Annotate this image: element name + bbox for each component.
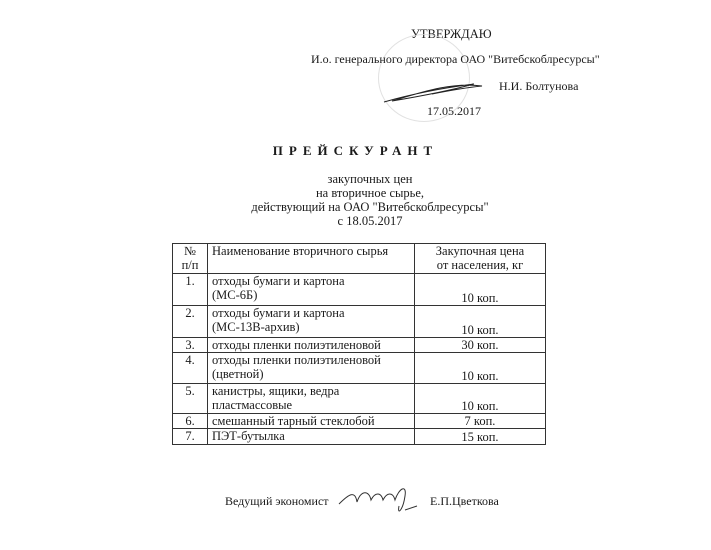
row-price: 7 коп. bbox=[415, 414, 546, 429]
material-name-line: (МС-13В-архив) bbox=[212, 320, 410, 334]
footer-name: Е.П.Цветкова bbox=[430, 494, 499, 509]
row-price: 30 коп. bbox=[415, 338, 546, 353]
row-price: 10 коп. bbox=[415, 306, 546, 338]
row-number: 1. bbox=[173, 274, 208, 306]
row-price: 10 коп. bbox=[415, 274, 546, 306]
row-number: 3. bbox=[173, 338, 208, 353]
subtitle-line: закупочных цен bbox=[0, 172, 711, 187]
row-material-name: смешанный тарный стеклобой bbox=[208, 414, 415, 429]
row-material-name: ПЭТ-бутылка bbox=[208, 429, 415, 445]
approval-date: 17.05.2017 bbox=[427, 104, 481, 119]
table-row: 5.канистры, ящики, ведрапластмассовые10 … bbox=[173, 384, 546, 414]
material-name-line: отходы пленки полиэтиленовой bbox=[212, 353, 410, 367]
row-material-name: отходы бумаги и картона(МС-6Б) bbox=[208, 274, 415, 306]
material-name-line: ПЭТ-бутылка bbox=[212, 429, 410, 443]
table-row: 7.ПЭТ-бутылка15 коп. bbox=[173, 429, 546, 445]
material-name-line: канистры, ящики, ведра bbox=[212, 384, 410, 398]
row-price: 10 коп. bbox=[415, 384, 546, 414]
row-price: 15 коп. bbox=[415, 429, 546, 445]
material-name-line: смешанный тарный стеклобой bbox=[212, 414, 410, 428]
row-material-name: отходы бумаги и картона(МС-13В-архив) bbox=[208, 306, 415, 338]
row-material-name: отходы пленки полиэтиленовой bbox=[208, 338, 415, 353]
header-price: Закупочная цена от населения, кг bbox=[415, 244, 546, 274]
row-number: 7. bbox=[173, 429, 208, 445]
material-name-line: отходы пленки полиэтиленовой bbox=[212, 338, 410, 352]
subtitle-line: действующий на ОАО "Витебскоблресурсы" bbox=[0, 200, 711, 215]
material-name-line: (цветной) bbox=[212, 367, 410, 381]
material-name-line: отходы бумаги и картона bbox=[212, 274, 410, 288]
material-name-line: (МС-6Б) bbox=[212, 288, 410, 302]
row-number: 2. bbox=[173, 306, 208, 338]
row-material-name: канистры, ящики, ведрапластмассовые bbox=[208, 384, 415, 414]
header-number-line: п/п bbox=[177, 258, 203, 272]
approver-position: И.о. генерального директора ОАО "Витебск… bbox=[311, 52, 600, 67]
subtitle-line: на вторичное сырье, bbox=[0, 186, 711, 201]
header-number-line: № bbox=[177, 244, 203, 258]
table-row: 1.отходы бумаги и картона(МС-6Б)10 коп. bbox=[173, 274, 546, 306]
table-row: 6.смешанный тарный стеклобой7 коп. bbox=[173, 414, 546, 429]
table-row: 4.отходы пленки полиэтиленовой(цветной)1… bbox=[173, 353, 546, 384]
row-number: 5. bbox=[173, 384, 208, 414]
approver-signature bbox=[382, 74, 492, 106]
subtitle-date: с 18.05.2017 bbox=[0, 214, 711, 229]
row-price: 10 коп. bbox=[415, 353, 546, 384]
header-number: № п/п bbox=[173, 244, 208, 274]
approver-name: Н.И. Болтунова bbox=[499, 79, 578, 94]
footer-role: Ведущий экономист bbox=[225, 494, 329, 509]
header-price-line: от населения, кг bbox=[419, 258, 541, 272]
table-row: 3.отходы пленки полиэтиленовой30 коп. bbox=[173, 338, 546, 353]
table-row: 2.отходы бумаги и картона(МС-13В-архив)1… bbox=[173, 306, 546, 338]
row-number: 6. bbox=[173, 414, 208, 429]
row-material-name: отходы пленки полиэтиленовой(цветной) bbox=[208, 353, 415, 384]
material-name-line: пластмассовые bbox=[212, 398, 410, 412]
document-title: ПРЕЙСКУРАНТ bbox=[0, 143, 711, 159]
economist-signature bbox=[335, 480, 425, 520]
header-price-line: Закупочная цена bbox=[419, 244, 541, 258]
table-header-row: № п/п Наименование вторичного сырья Заку… bbox=[173, 244, 546, 274]
price-table: № п/п Наименование вторичного сырья Заку… bbox=[172, 243, 546, 445]
row-number: 4. bbox=[173, 353, 208, 384]
material-name-line: отходы бумаги и картона bbox=[212, 306, 410, 320]
header-name: Наименование вторичного сырья bbox=[208, 244, 415, 274]
